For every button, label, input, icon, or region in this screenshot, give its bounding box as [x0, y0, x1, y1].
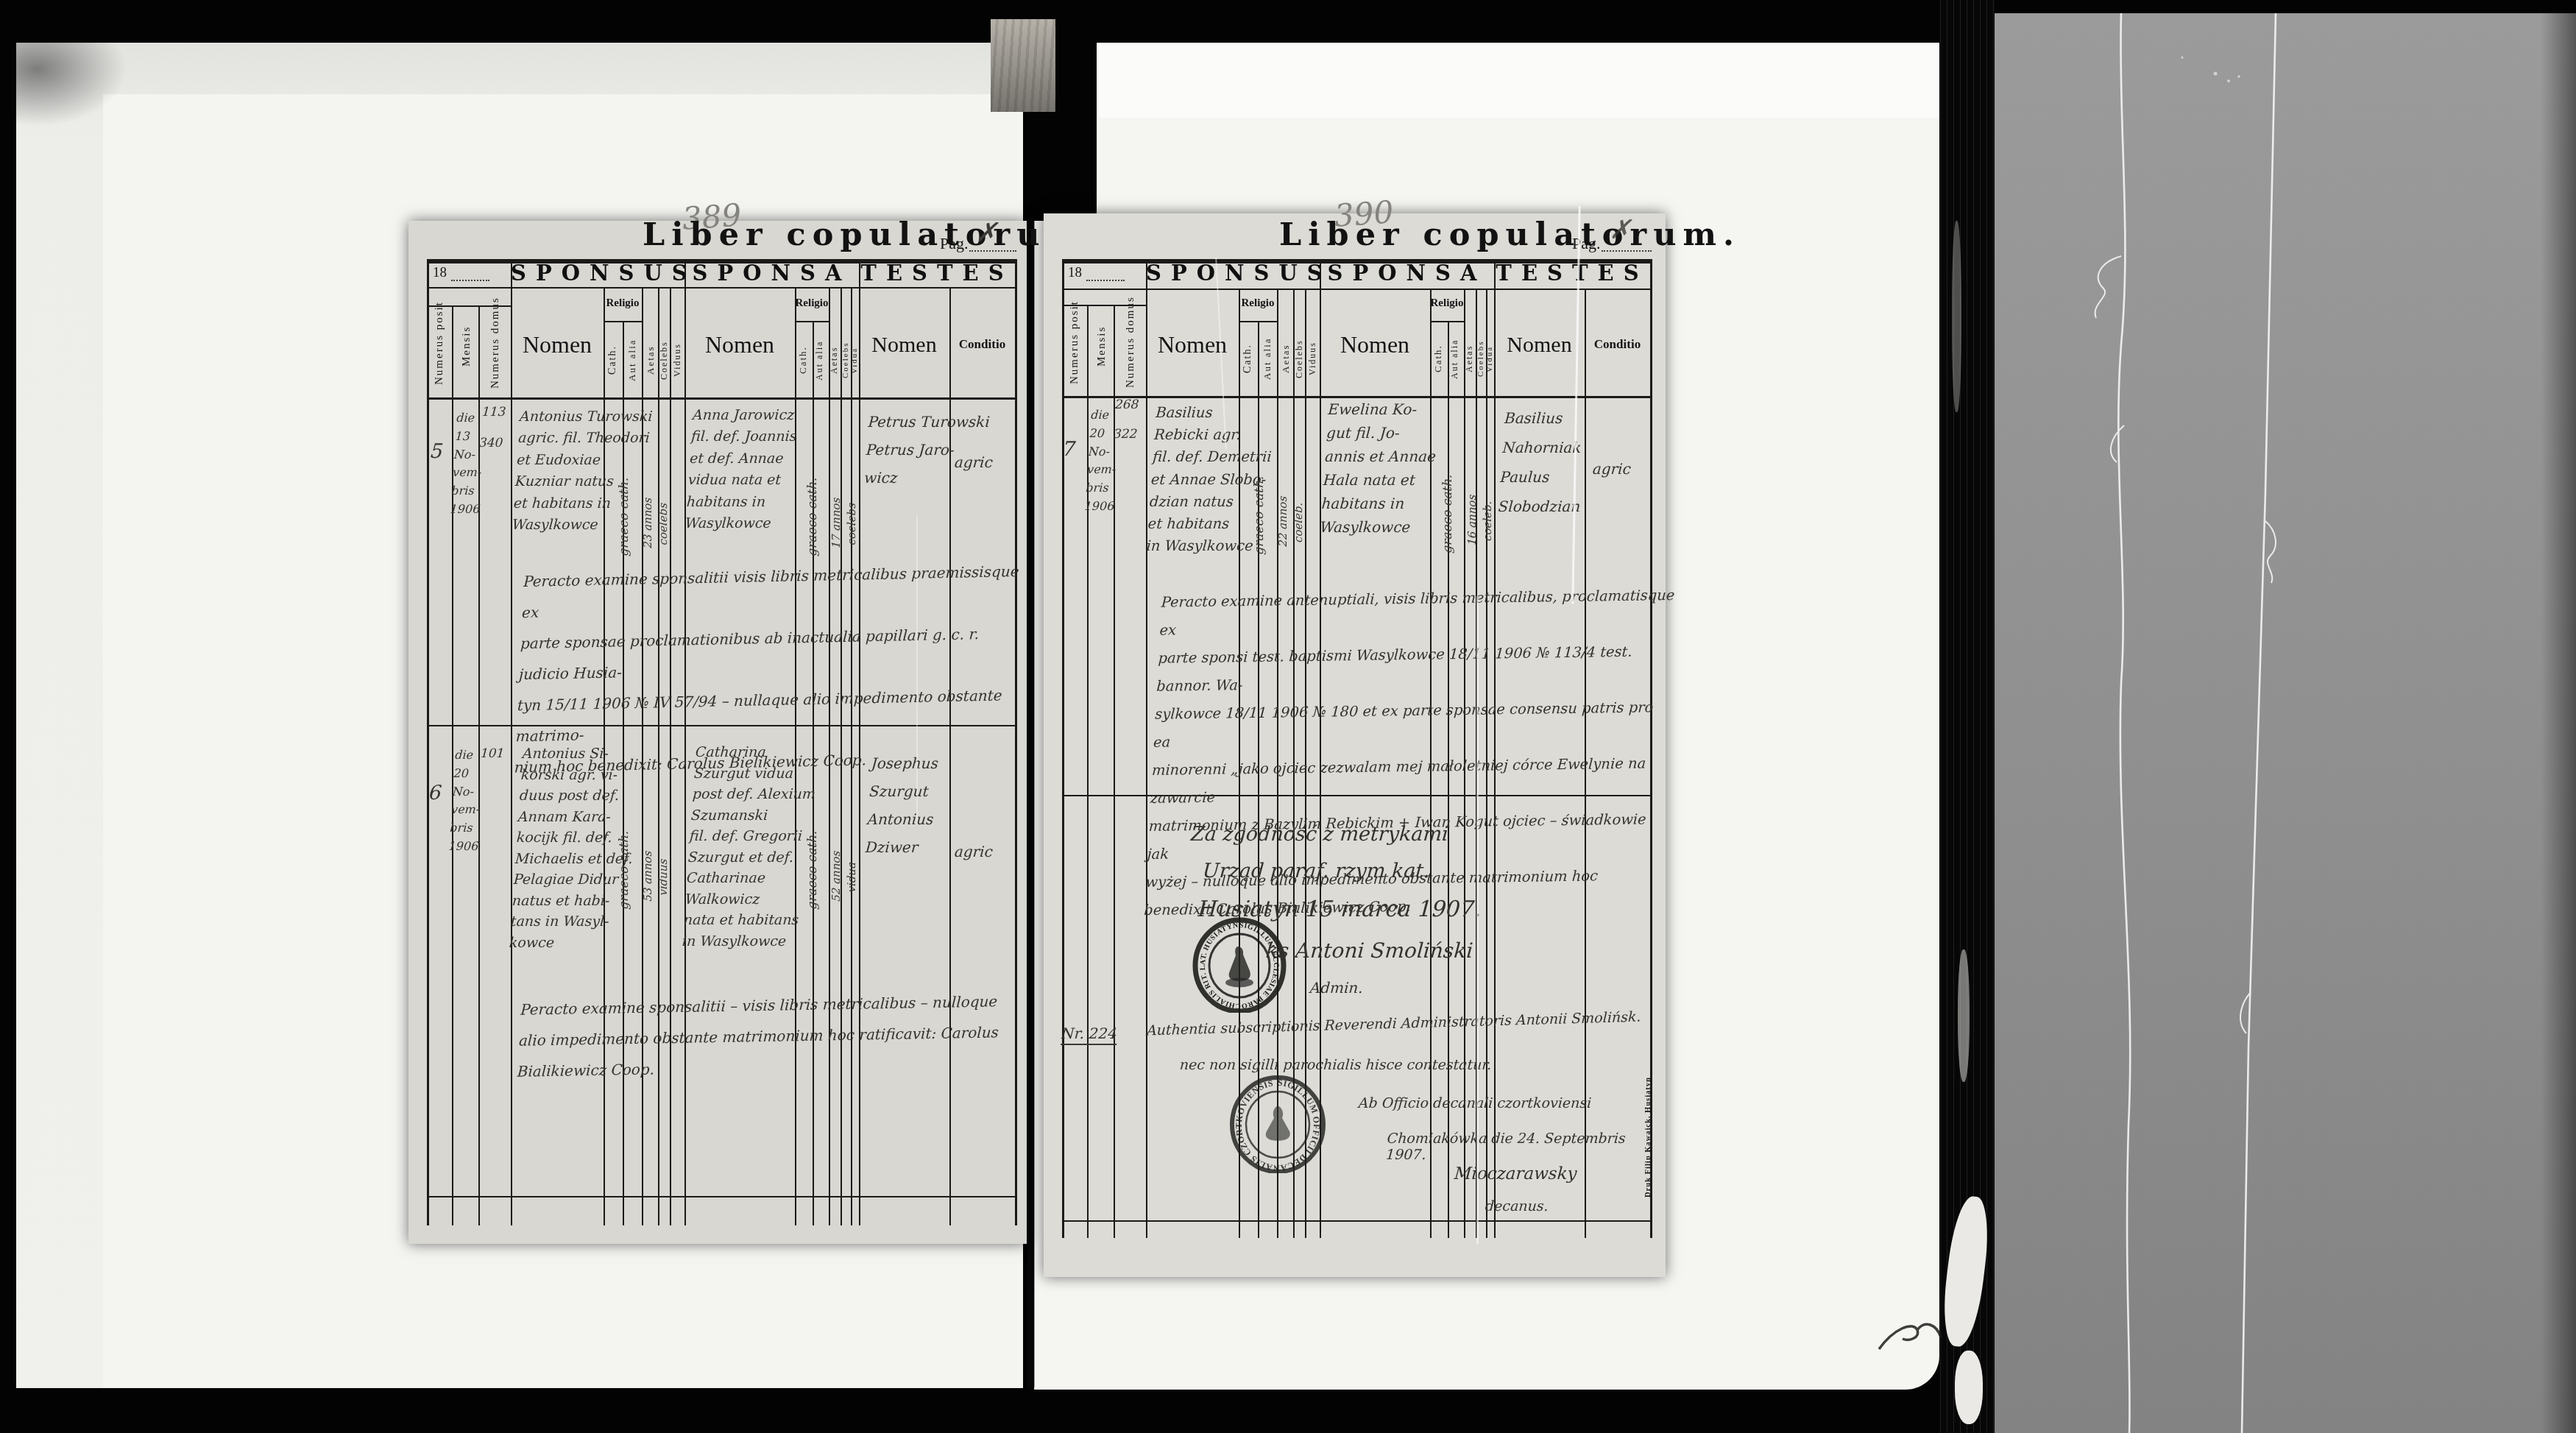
- stamp-madonna-figure: [1229, 947, 1250, 981]
- col-header-sponsa-aut-alia: Aut alia: [1448, 324, 1461, 394]
- table-rule: [1062, 1220, 1652, 1222]
- page-title: Liber copulatorum.: [1279, 216, 1741, 253]
- col-header-sponsus-aetas: Aetas: [1279, 324, 1292, 394]
- group-header-testes: TESTES: [859, 261, 1015, 286]
- decanal-margin-number: Nr. 224: [1061, 1025, 1118, 1045]
- decanal-note-line: nec non sigilli parochialis hisce contes…: [1179, 1057, 1492, 1073]
- decanal-note-line: Chomiakówka die 24. Septembris 1907.: [1385, 1131, 1666, 1163]
- col-header-testes-nomen: Nomen: [859, 333, 949, 358]
- entry-conditio: agric: [954, 453, 994, 471]
- table-rule: [795, 321, 829, 322]
- pag-label: Pag.: [1572, 234, 1601, 253]
- entry-conditio: agric: [954, 843, 994, 860]
- record-note: Peracto examine sponsalitii – visis libr…: [517, 986, 1008, 1087]
- decanal-note-line: Authentia subscriptionis Reverendi Admin…: [1147, 1009, 1641, 1039]
- col-header-sponsus-aut-alia: Aut alia: [1260, 324, 1275, 394]
- table-rule: [427, 259, 429, 1225]
- decanal-signature: Mioczarawsky: [1454, 1164, 1577, 1183]
- year-dotted-line: [1086, 280, 1125, 281]
- col-header-sponsus-cath: Cath.: [1241, 324, 1256, 394]
- group-header-sponsus: SPONSUS: [511, 261, 684, 286]
- entry-mensis: die 20 No- vem- bris 1906: [1084, 406, 1122, 516]
- col-header-sponsa-vidua: Vidua: [1485, 324, 1494, 394]
- year-prefix: 18: [433, 265, 447, 281]
- microfilm-scan: 389 Liber copulatorum. Pag. ✗ 18 SPONSUS…: [0, 0, 2576, 1433]
- col-header-sponsus-coelebs: Coelebs: [659, 325, 669, 395]
- certification-title: Admin.: [1309, 979, 1364, 997]
- printer-mark: Druk Filip Kawaick, Husiatyn: [1641, 1052, 1655, 1222]
- table-rule: [1062, 289, 1652, 290]
- col-header-sponsus-aut-alia: Aut alia: [625, 325, 640, 395]
- certification-signature: ks Antoni Smoliński: [1265, 938, 1474, 963]
- entry-witnesses: Petrus Turowski Petrus Jaro- wicz: [863, 408, 1013, 492]
- table-rule: [427, 397, 1016, 400]
- corner-smudge: [16, 43, 134, 131]
- backing-sheet-right-topband: [1098, 43, 1939, 118]
- decanal-note-line: Ab Officio decanali czortkoviensi: [1358, 1095, 1592, 1111]
- year-prefix: 18: [1068, 265, 1082, 281]
- entry-sponsus-religio: graeco cath.: [1252, 436, 1267, 595]
- certification-line: Husiatyn 15 marca 1907.: [1197, 896, 1482, 922]
- table-rule: [427, 287, 1016, 289]
- entry-sponsa-religio: graeco cath.: [805, 790, 820, 949]
- pag-dotted-line: [1602, 250, 1652, 252]
- entry-numerus: 6: [428, 782, 442, 804]
- film-thread-scratches: [1995, 13, 2576, 1433]
- certification-line: Urząd paraf. rzym kat.: [1202, 860, 1431, 882]
- pag-handwritten-mark: ✗: [975, 218, 997, 248]
- book-gutter: [1027, 217, 1035, 1387]
- entry-conditio: agric: [1592, 460, 1632, 478]
- col-header-sponsa-aut-alia: Aut alia: [813, 325, 826, 395]
- table-rule: [511, 259, 512, 1225]
- col-header-sponsus-coelebs: Coelebs: [1294, 324, 1304, 394]
- stamp-crest-figure: [1266, 1105, 1290, 1141]
- entry-sponsa-name: Catharina Szurgut vidua post def. Alexiu…: [682, 742, 851, 952]
- col-header-conditio: Conditio: [949, 337, 1015, 352]
- group-header-testes: TESTES: [1494, 261, 1650, 286]
- film-scratch: [1476, 596, 1479, 1244]
- col-header-sponsa-vidua: Vidua: [850, 325, 859, 395]
- film-paint-mark: [1952, 221, 1961, 412]
- entry-house-number: 268: [1114, 397, 1139, 412]
- col-header-sponsa-aetas: Aetas: [1465, 324, 1474, 394]
- col-header-sponsus-cath: Cath.: [606, 325, 620, 395]
- col-header-sponsa-cath: Cath.: [796, 325, 809, 395]
- entry-house-number: 340: [478, 436, 503, 450]
- table-rule: [427, 1196, 1016, 1197]
- entry-house-number: 322: [1113, 427, 1138, 442]
- col-header-numerus-domus: Numerus domus: [1122, 290, 1139, 394]
- film-edge-strip: [1940, 0, 1995, 1433]
- entry-house-number: 113: [481, 405, 506, 420]
- gray-panel: [1995, 13, 2576, 1433]
- group-header-sponsa: SPONSA: [1320, 261, 1494, 286]
- col-header-sponsa-aetas: Aetas: [829, 325, 839, 395]
- col-header-sponsus-viduus: Viduus: [671, 325, 683, 395]
- col-header-sponsa-coelebs: Coelebs: [1476, 324, 1485, 394]
- col-header-sponsa-religio: Religio: [1428, 297, 1466, 310]
- film-paint-mark: [1958, 949, 1970, 1082]
- col-header-numerus-posit: Numerus posit: [431, 291, 448, 395]
- pag-handwritten-mark: ✗: [1609, 215, 1631, 245]
- year-dotted-line: [451, 280, 489, 281]
- col-header-numerus-domus: Numerus domus: [486, 291, 504, 395]
- entry-sponsus-age-status: 22 annos coeleb.: [1275, 442, 1306, 602]
- register-page-right: 390 Liber copulatorum. Pag. ✗ 18 SPONSUS…: [1044, 213, 1666, 1277]
- decanal-signer-title: decanus.: [1485, 1198, 1549, 1214]
- certification-line: Za zgodność z metrykami: [1190, 823, 1449, 846]
- col-header-sponsus-religio: Religio: [1237, 297, 1278, 310]
- col-header-sponsa-cath: Cath.: [1432, 324, 1444, 394]
- entry-sponsa-name: Anna Jarowicz fil. def. Joannis et def. …: [684, 405, 848, 535]
- col-header-numerus-posit: Numerus posit: [1066, 290, 1083, 394]
- col-header-sponsa-coelebs: Coelebs: [841, 325, 850, 395]
- film-paint-mark: [1955, 1351, 1983, 1424]
- entry-sponsa-name: Ewelina Ko- gut fil. Jo- annis et Annae …: [1319, 397, 1483, 539]
- entry-mensis: die 20 No- vem- bris 1906: [448, 746, 486, 856]
- col-header-mensis: Mensis: [459, 309, 475, 383]
- wood-clamp: [991, 19, 1055, 112]
- entry-numerus: 7: [1062, 438, 1076, 461]
- col-header-sponsus-aetas: Aetas: [644, 325, 657, 395]
- entry-sponsa-religio: graeco cath.: [1440, 434, 1455, 593]
- entry-sponsus-age-status: 53 annos viduus: [640, 796, 671, 957]
- col-header-mensis: Mensis: [1094, 309, 1110, 383]
- pag-label: Pag.: [940, 234, 969, 253]
- table-rule: [452, 305, 453, 1225]
- col-header-sponsus-religio: Religio: [602, 297, 643, 310]
- col-header-sponsa-nomen: Nomen: [684, 331, 795, 358]
- table-rule: [1146, 259, 1147, 1238]
- col-header-sponsa-religio: Religio: [793, 297, 831, 310]
- register-page-left: 389 Liber copulatorum. Pag. ✗ 18 SPONSUS…: [408, 221, 1027, 1244]
- col-header-sponsa-nomen: Nomen: [1320, 331, 1430, 358]
- film-scratch: [916, 515, 918, 824]
- pag-dotted-line: [969, 250, 1016, 252]
- table-rule: [1430, 321, 1464, 322]
- entry-numerus: 5: [430, 440, 444, 463]
- col-header-sponsus-nomen: Nomen: [511, 331, 604, 358]
- entry-sponsa-age-status: 52 annos vidua: [829, 796, 860, 957]
- group-header-sponsus: SPONSUS: [1146, 261, 1320, 286]
- table-rule: [1062, 259, 1064, 1238]
- col-header-sponsus-viduus: Viduus: [1306, 324, 1318, 394]
- decanal-stamp: SIGILLUM OFFICII DECANALIS CZORTKOVIENSI…: [1229, 1069, 1326, 1173]
- col-header-conditio: Conditio: [1585, 337, 1650, 352]
- col-header-sponsus-nomen: Nomen: [1146, 331, 1239, 358]
- entry-sponsus-religio: graeco cath.: [617, 790, 631, 949]
- entry-mensis: die 13 No- vem- bris 1906: [450, 409, 487, 519]
- entry-sponsa-age-status: 16 annos coeleb.: [1465, 440, 1496, 601]
- col-header-testes-nomen: Nomen: [1494, 333, 1585, 358]
- ink-squiggle: [1873, 1306, 1947, 1365]
- entry-house-number: 101: [480, 746, 505, 761]
- group-header-sponsa: SPONSA: [684, 261, 859, 286]
- page-title: Liber copulatorum.: [643, 216, 1104, 253]
